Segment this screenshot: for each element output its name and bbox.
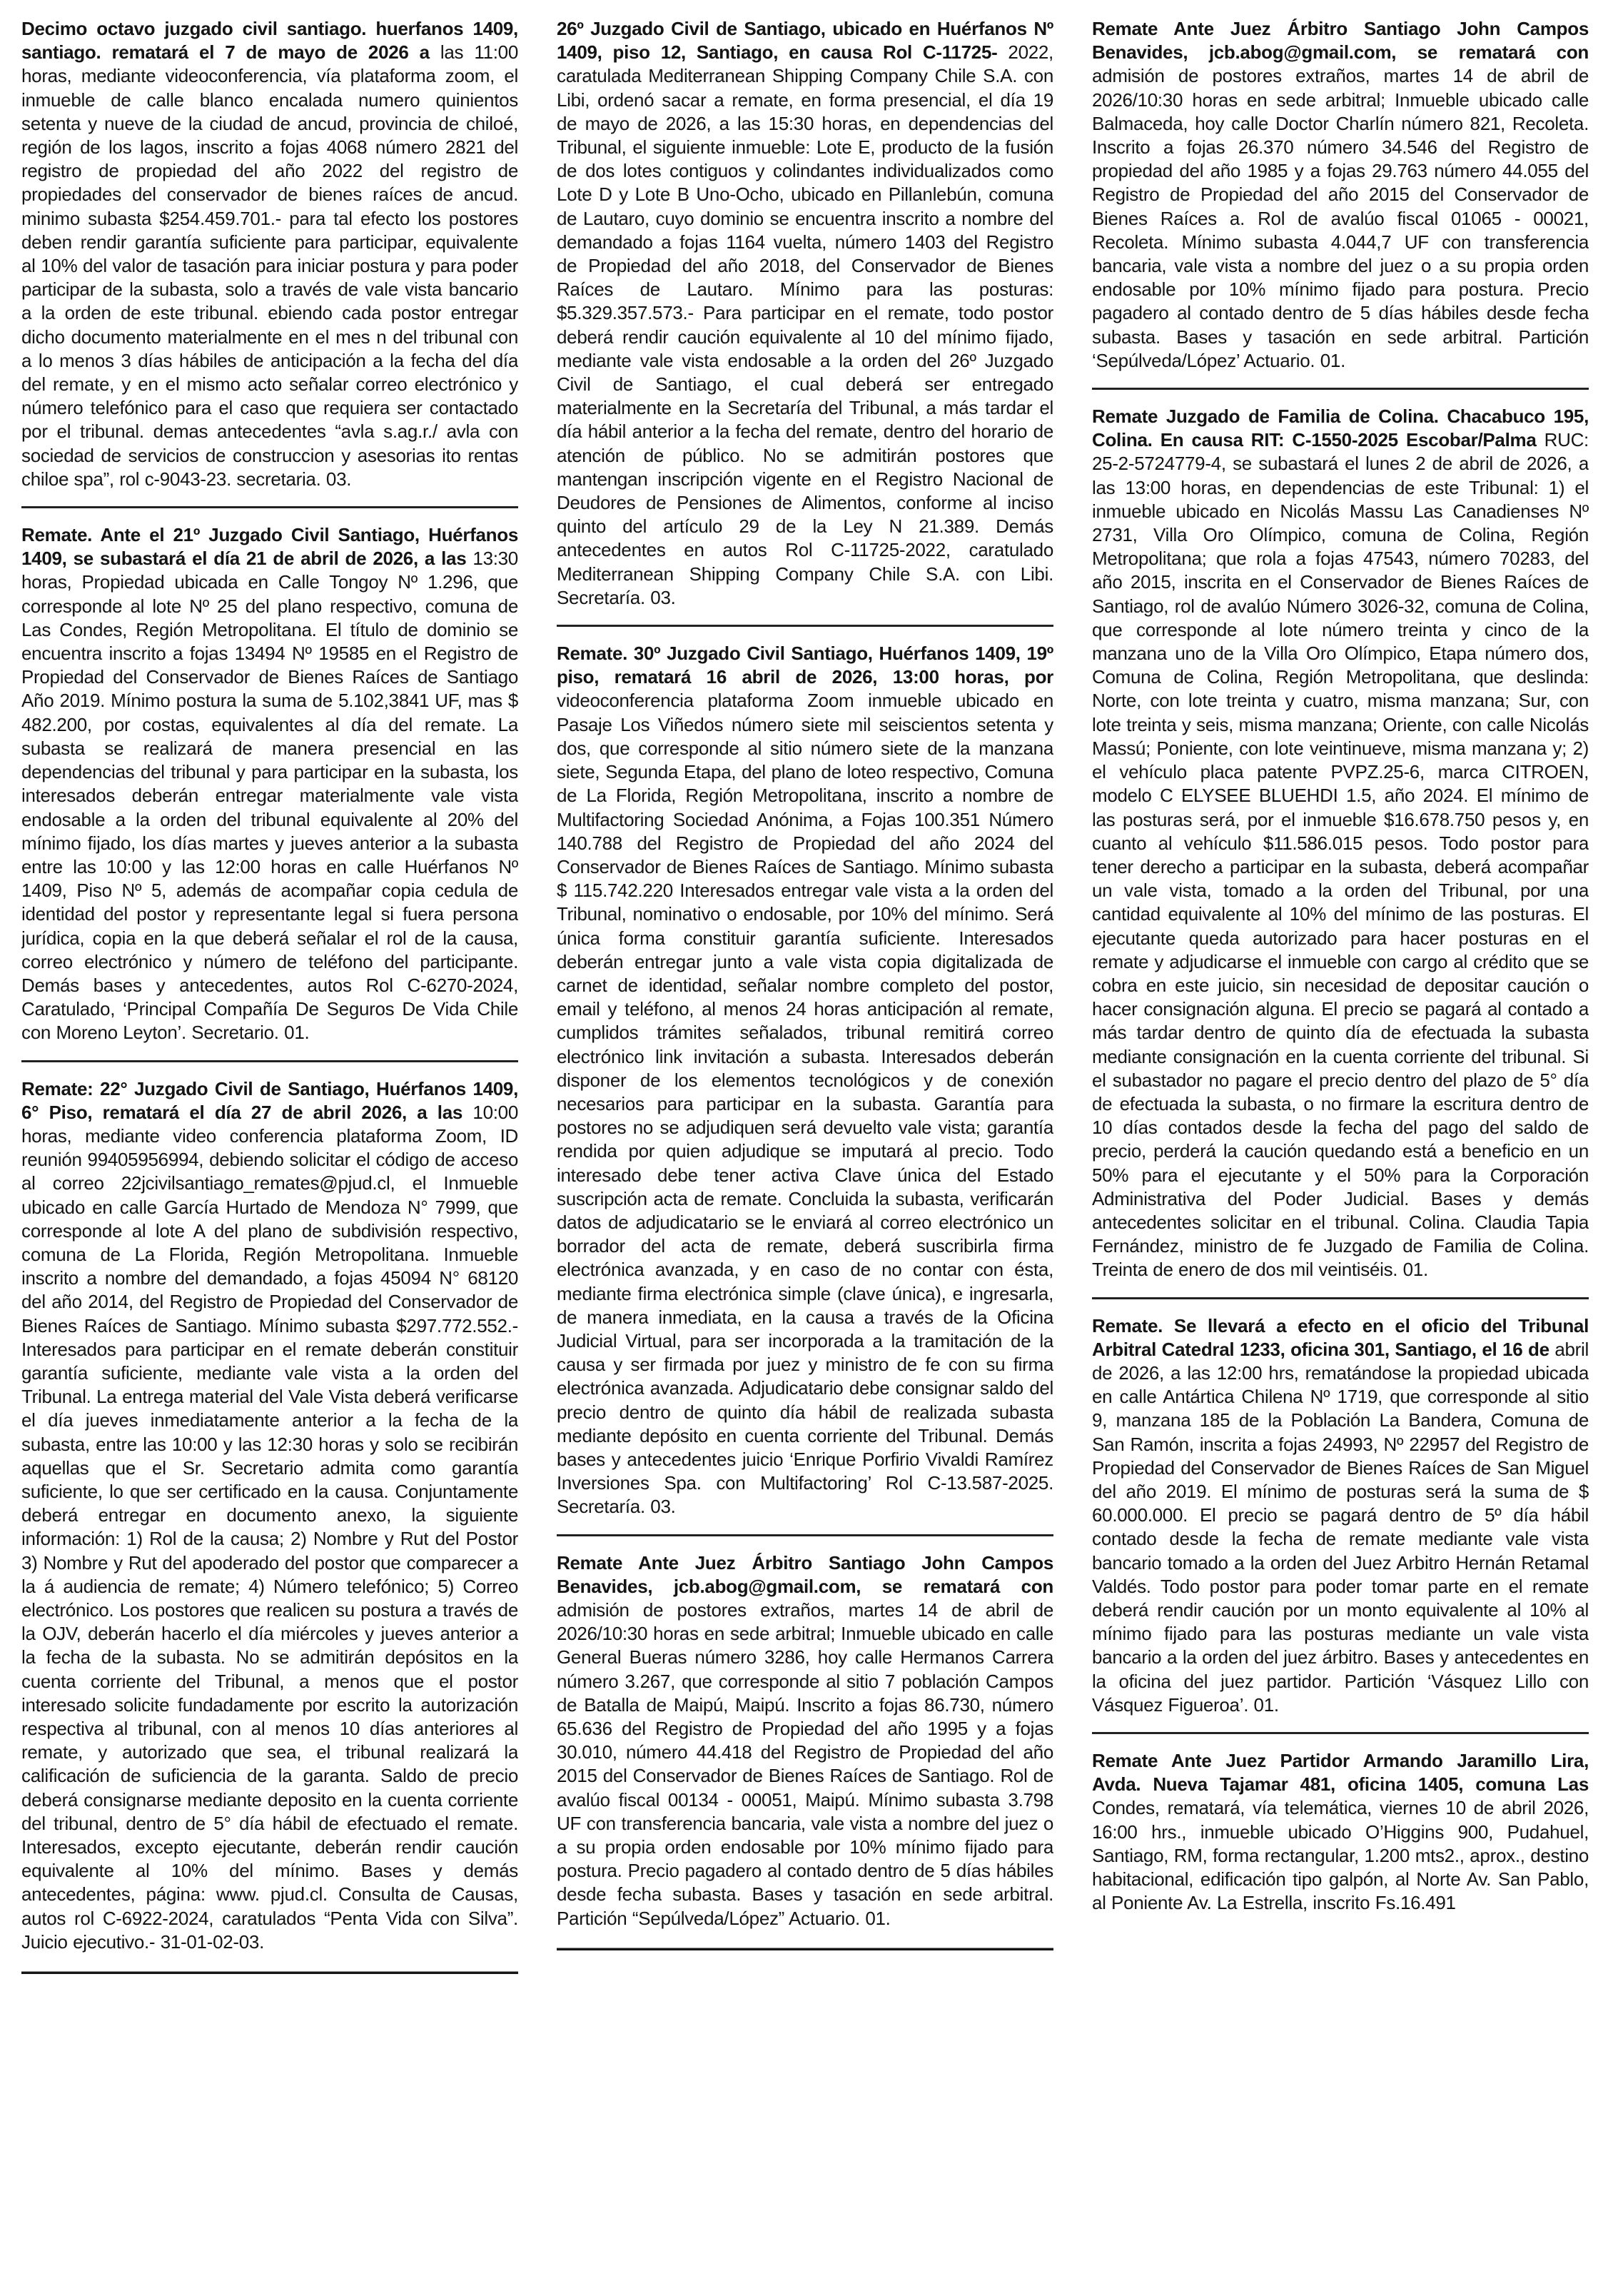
legal-notice: Remate Juzgado de Familia de Colina. Cha… (1092, 405, 1589, 1282)
notice-divider (21, 1971, 518, 1974)
notice-lead: Remate. Ante el 21º Juzgado Civil Santia… (21, 524, 518, 569)
notice-body: las 11:00 horas, mediante videoconferenc… (21, 41, 518, 490)
notice-lead: Remate Juzgado de Familia de Colina. Cha… (1092, 406, 1589, 450)
column-1: Decimo octavo juzgado civil santiago. hu… (21, 17, 518, 2287)
legal-notice: Remate Ante Juez Árbitro Santiago John C… (1092, 17, 1589, 373)
notice-body: admisión de postores extraños, martes 14… (1092, 65, 1589, 371)
notice-lead: Remate Ante Juez Árbitro Santiago John C… (1092, 18, 1589, 63)
notice-divider (557, 625, 1053, 627)
notice-lead: Remate Ante Juez Árbitro Santiago John C… (557, 1552, 1053, 1597)
notice-lead: Remate. Se llevará a efecto en el oficio… (1092, 1315, 1589, 1360)
legal-notice: 26º Juzgado Civil de Santiago, ubicado e… (557, 17, 1053, 610)
notice-body: 13:30 horas, Propiedad ubicada en Calle … (21, 548, 518, 1043)
notice-lead: 26º Juzgado Civil de Santiago, ubicado e… (557, 18, 1053, 63)
legal-notice: Remate. 30º Juzgado Civil Santiago, Huér… (557, 642, 1053, 1519)
notice-body: admisión de postores extraños, martes 14… (557, 1599, 1053, 1929)
legal-notice: Remate: 22° Juzgado Civil de Santiago, H… (21, 1077, 518, 1955)
notice-divider (21, 1060, 518, 1062)
legal-notice: Remate Ante Juez Partidor Armando Jarami… (1092, 1749, 1589, 1915)
notice-body: Condes, rematará, vía telemática, vierne… (1092, 1797, 1589, 1913)
notice-divider (557, 1534, 1053, 1536)
notice-lead: Remate Ante Juez Partidor Armando Jarami… (1092, 1750, 1589, 1795)
column-2: 26º Juzgado Civil de Santiago, ubicado e… (557, 17, 1053, 2287)
column-3: Remate Ante Juez Árbitro Santiago John C… (1092, 17, 1589, 2287)
legal-notice: Remate. Ante el 21º Juzgado Civil Santia… (21, 523, 518, 1044)
notice-body: RUC: 25-2-5724779-4, se subastará el lun… (1092, 429, 1589, 1280)
notice-lead: Remate. 30º Juzgado Civil Santiago, Huér… (557, 643, 1053, 688)
notice-divider (1092, 388, 1589, 390)
notice-body: 10:00 horas, mediante video conferencia … (21, 1102, 518, 1953)
notice-body: videoconferencia plataforma Zoom inmuebl… (557, 690, 1053, 1517)
notice-divider (21, 506, 518, 508)
newspaper-page: Decimo octavo juzgado civil santiago. hu… (0, 0, 1623, 2296)
notice-divider (1092, 1732, 1589, 1734)
legal-notice: Remate Ante Juez Árbitro Santiago John C… (557, 1551, 1053, 1930)
notice-lead: Remate: 22° Juzgado Civil de Santiago, H… (21, 1078, 518, 1123)
notice-body: abril de 2026, a las 12:00 hrs, rematánd… (1092, 1339, 1589, 1716)
notice-body: 2022, caratulada Mediterranean Shipping … (557, 41, 1053, 608)
legal-notice: Remate. Se llevará a efecto en el oficio… (1092, 1314, 1589, 1717)
notice-divider (557, 1948, 1053, 1950)
notice-divider (1092, 1297, 1589, 1299)
legal-notice: Decimo octavo juzgado civil santiago. hu… (21, 17, 518, 491)
